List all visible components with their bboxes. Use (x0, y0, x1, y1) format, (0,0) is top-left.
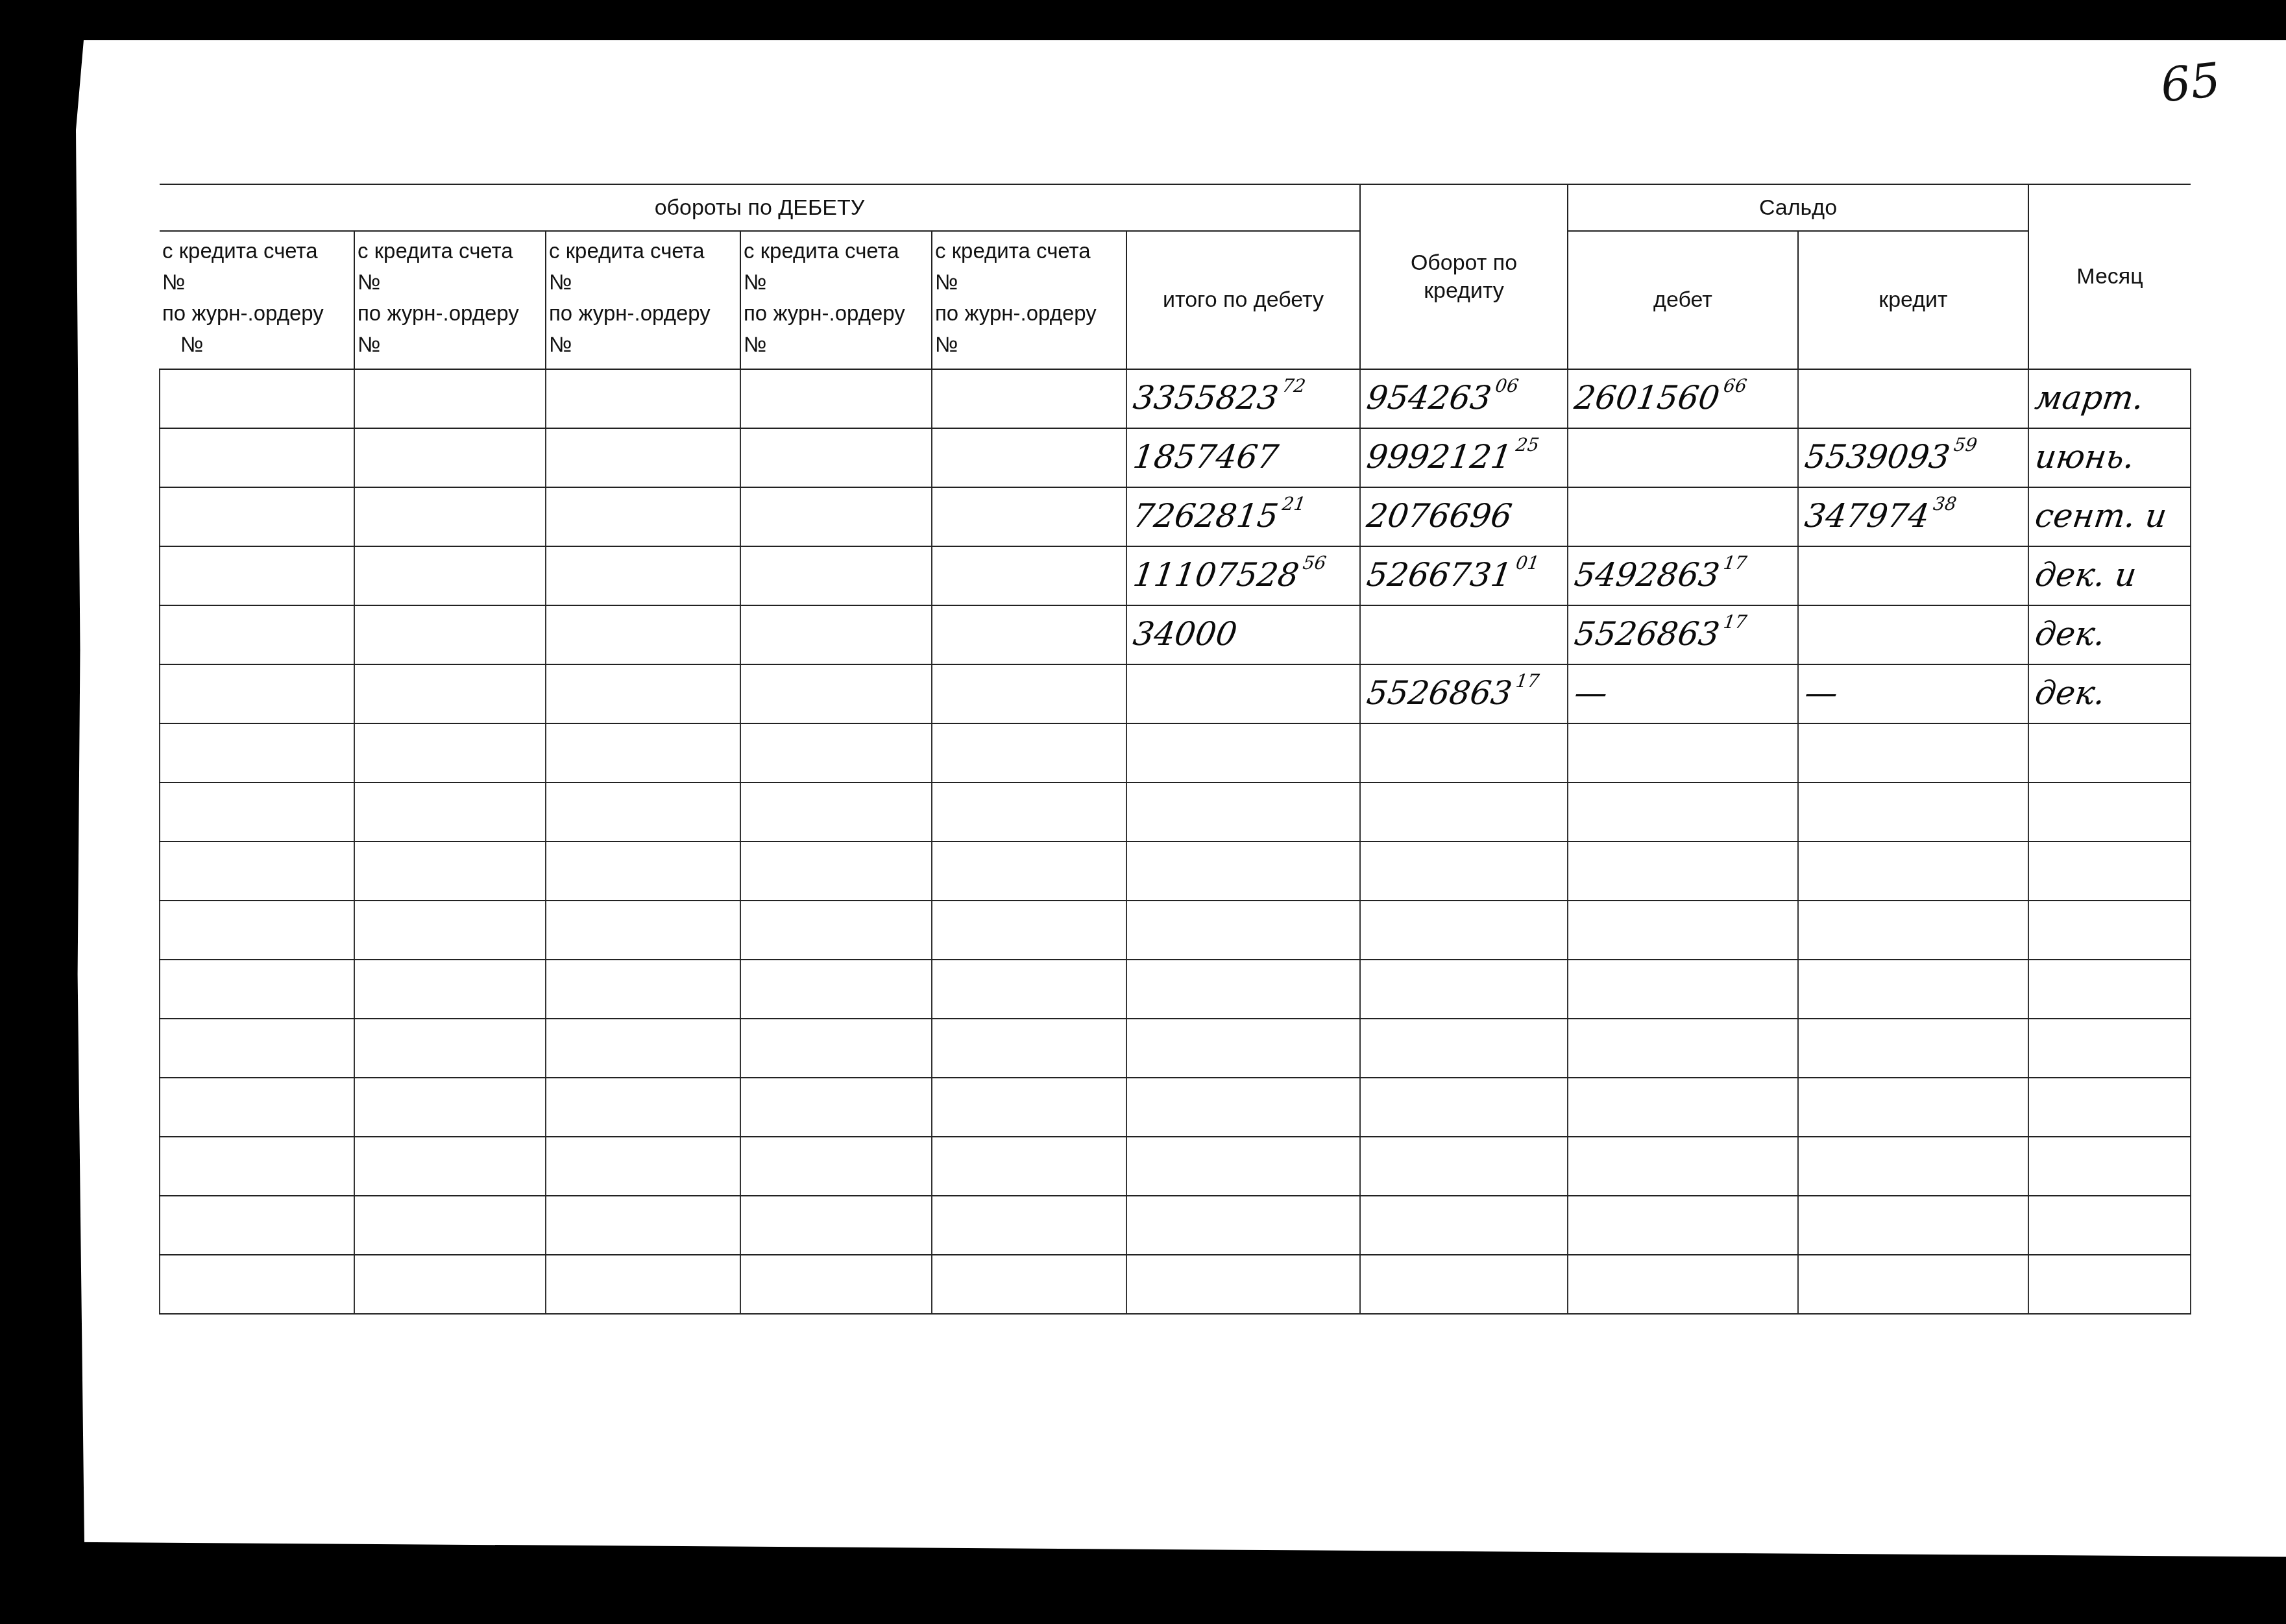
credit-account-cell-2 (354, 723, 546, 782)
table-row (160, 1196, 2191, 1255)
balance-debit-kop-value (1577, 1202, 1581, 1223)
credit-turnover-kop-value (1370, 611, 1373, 633)
credit-turnover-cell: 526673101 (1360, 546, 1568, 605)
balance-credit-cell: 553909359 (1798, 428, 2028, 487)
table-row (160, 1137, 2191, 1196)
credit-account-cell-4 (740, 369, 932, 428)
month-cell (2028, 782, 2191, 842)
balance-debit-value (1572, 851, 1577, 889)
balance-credit-kop-value (1808, 1202, 1811, 1223)
credit-account-cell-1 (160, 1078, 354, 1137)
balance-debit-cell (1568, 842, 1798, 901)
credit-account-cell-3 (546, 960, 740, 1019)
balance-credit-kop-value (1808, 906, 1811, 928)
credit-turnover-kop-value (1370, 965, 1373, 987)
balance-credit-value (1803, 1028, 1808, 1066)
total-debit-cell (1126, 1255, 1360, 1314)
total-debit-value (1131, 910, 1136, 948)
credit-turnover-value (1365, 1087, 1370, 1125)
total-debit-value (1131, 851, 1136, 889)
total-debit-kop-value (1136, 1143, 1139, 1164)
balance-debit-kop-value (1577, 434, 1581, 455)
month-value: дек. и (2033, 556, 2139, 594)
balance-credit-value (1803, 556, 1808, 594)
balance-credit-kop-value (1808, 847, 1811, 869)
balance-debit-cell: 260156066 (1568, 369, 1798, 428)
credit-account-cell-4 (740, 782, 932, 842)
credit-account-cell-5 (932, 546, 1126, 605)
balance-debit-value (1572, 733, 1577, 771)
month-cell: июнь. (2028, 428, 2191, 487)
credit-turnover-cell (1360, 1019, 1568, 1078)
total-debit-cell (1126, 664, 1360, 723)
balance-credit-cell (1798, 1196, 2028, 1255)
total-debit-value (1131, 1028, 1136, 1066)
balance-credit-value (1803, 733, 1808, 771)
balance-debit-value (1572, 1265, 1577, 1302)
credit-account-cell-3 (546, 901, 740, 960)
balance-credit-kop-value (1808, 729, 1811, 751)
balance-debit-kop-value (1577, 1143, 1581, 1164)
credit-account-cell-3 (546, 842, 740, 901)
credit-account-cell-2 (354, 1019, 546, 1078)
credit-account-cell-1 (160, 960, 354, 1019)
balance-debit-value (1572, 438, 1577, 476)
total-debit-kop-value (1136, 1084, 1139, 1105)
balance-debit-cell (1568, 723, 1798, 782)
total-debit-cell (1126, 1137, 1360, 1196)
total-debit-kop-value (1136, 847, 1139, 869)
month-value: дек. (2033, 674, 2108, 712)
balance-debit-cell: 549286317 (1568, 546, 1798, 605)
month-cell: март. (2028, 369, 2191, 428)
credit-account-cell-4 (740, 1078, 932, 1137)
credit-turnover-cell: 2076696 (1360, 487, 1568, 546)
credit-account-header-1: с кредита счета№по журн-.ордеру№ (160, 231, 354, 369)
balance-credit-cell (1798, 901, 2028, 960)
total-debit-kop-value (1136, 788, 1139, 810)
credit-account-cell-5 (932, 960, 1126, 1019)
balance-debit-cell (1568, 1255, 1798, 1314)
balance-credit-value: — (1803, 674, 1840, 712)
credit-turnover-kop-value (1370, 729, 1373, 751)
balance-credit-cell (1798, 842, 2028, 901)
credit-account-cell-2 (354, 487, 546, 546)
credit-turnover-kop-value (1370, 906, 1373, 928)
month-value: дек. (2033, 615, 2108, 653)
balance-credit-cell (1798, 960, 2028, 1019)
table-row (160, 960, 2191, 1019)
balance-credit-kop-value (1808, 552, 1811, 574)
total-debit-cell: 726281521 (1126, 487, 1360, 546)
credit-turnover-value (1365, 969, 1370, 1007)
balance-debit-cell (1568, 1078, 1798, 1137)
credit-account-cell-2 (354, 664, 546, 723)
credit-turnover-kop-value (1370, 1143, 1373, 1164)
total-debit-cell (1126, 1078, 1360, 1137)
month-cell (2028, 1196, 2191, 1255)
balance-debit-kop-value (1577, 965, 1581, 987)
table-row: 552686317 — — дек. (160, 664, 2191, 723)
table-row: 1110752856 526673101 549286317 дек. и (160, 546, 2191, 605)
credit-turnover-cell (1360, 1137, 1568, 1196)
total-debit-cell (1126, 1196, 1360, 1255)
credit-account-cell-3 (546, 1019, 740, 1078)
total-debit-kop-value: 72 (1281, 375, 1307, 396)
table-row (160, 723, 2191, 782)
credit-account-cell-4 (740, 1196, 932, 1255)
credit-turnover-value (1365, 792, 1370, 830)
credit-account-cell-1 (160, 782, 354, 842)
credit-account-cell-2 (354, 1078, 546, 1137)
balance-debit-cell (1568, 1196, 1798, 1255)
balance-debit-value (1572, 1028, 1577, 1066)
credit-account-cell-4 (740, 901, 932, 960)
balance-credit-value (1803, 1265, 1808, 1302)
balance-credit-value: 5539093 (1803, 438, 1952, 476)
credit-account-cell-4 (740, 1137, 932, 1196)
credit-account-cell-1 (160, 546, 354, 605)
credit-turnover-kop-value (1370, 1024, 1373, 1046)
balance-debit-kop-value (1577, 788, 1581, 810)
balance-credit-kop-value (1808, 965, 1811, 987)
credit-account-cell-5 (932, 664, 1126, 723)
balance-credit-kop-value (1808, 1143, 1811, 1164)
credit-account-cell-4 (740, 723, 932, 782)
credit-turnover-kop-value: 01 (1514, 552, 1540, 574)
total-debit-kop-value (1239, 611, 1243, 633)
table-row: 335582372 95426306 260156066 март. (160, 369, 2191, 428)
page-number: 65 (2158, 52, 2223, 112)
credit-account-cell-4 (740, 960, 932, 1019)
balance-credit-kop-value (1840, 670, 1843, 692)
credit-turnover-value (1365, 851, 1370, 889)
credit-account-cell-2 (354, 782, 546, 842)
balance-credit-value (1803, 1206, 1808, 1243)
total-debit-kop-value (1136, 1202, 1139, 1223)
credit-account-cell-1 (160, 369, 354, 428)
credit-account-cell-3 (546, 782, 740, 842)
credit-turnover-cell: 999212125 (1360, 428, 1568, 487)
total-debit-cell (1126, 1019, 1360, 1078)
total-debit-cell: 1857467 (1126, 428, 1360, 487)
credit-account-cell-1 (160, 1255, 354, 1314)
credit-account-cell-5 (932, 369, 1126, 428)
scan-border-bottom (0, 1534, 2286, 1624)
total-debit-cell: 34000 (1126, 605, 1360, 664)
credit-turnover-kop-value (1370, 1084, 1373, 1105)
balance-credit-header: кредит (1798, 231, 2028, 369)
balance-credit-cell (1798, 1255, 2028, 1314)
credit-account-cell-4 (740, 487, 932, 546)
credit-turnover-kop-value: 25 (1514, 434, 1540, 455)
balance-credit-kop-value (1808, 1084, 1811, 1105)
balance-debit-value: — (1572, 674, 1610, 712)
credit-turnover-kop-value (1370, 1261, 1373, 1282)
table-row: 1857467 999212125 553909359 июнь. (160, 428, 2191, 487)
credit-account-cell-2 (354, 369, 546, 428)
month-cell: дек. (2028, 605, 2191, 664)
balance-credit-value (1803, 851, 1808, 889)
credit-account-cell-1 (160, 428, 354, 487)
balance-debit-value (1572, 497, 1577, 535)
credit-account-cell-1 (160, 901, 354, 960)
credit-account-cell-4 (740, 842, 932, 901)
credit-account-cell-1 (160, 1137, 354, 1196)
balance-credit-value: 347974 (1803, 497, 1932, 535)
table-row (160, 842, 2191, 901)
balance-credit-kop-value: 59 (1952, 434, 1978, 455)
total-debit-cell: 335582372 (1126, 369, 1360, 428)
balance-debit-kop-value (1577, 1084, 1581, 1105)
balance-debit-cell (1568, 960, 1798, 1019)
credit-turnover-value: 5266731 (1365, 556, 1514, 594)
credit-account-cell-2 (354, 428, 546, 487)
scan-border-left (0, 0, 84, 1624)
credit-turnover-cell (1360, 782, 1568, 842)
balance-credit-cell (1798, 1019, 2028, 1078)
month-value: март. (2033, 379, 2146, 417)
scan-border-top (0, 0, 2286, 40)
balance-credit-value (1803, 1146, 1808, 1184)
balance-debit-cell: — (1568, 664, 1798, 723)
month-cell: сент. и (2028, 487, 2191, 546)
total-debit-cell (1126, 723, 1360, 782)
month-cell (2028, 960, 2191, 1019)
credit-turnover-kop-value (1370, 847, 1373, 869)
balance-credit-kop-value: 38 (1932, 493, 1958, 515)
credit-turnover-cell (1360, 605, 1568, 664)
balance-group-header: Сальдо (1568, 184, 2028, 231)
credit-account-cell-1 (160, 1196, 354, 1255)
credit-turnover-cell (1360, 1196, 1568, 1255)
credit-account-header-2: с кредита счета№по журн-.ордеру№ (354, 231, 546, 369)
credit-account-cell-3 (546, 605, 740, 664)
table-row: 34000 552686317 дек. (160, 605, 2191, 664)
credit-account-cell-5 (932, 842, 1126, 901)
month-cell: дек. (2028, 664, 2191, 723)
credit-account-cell-1 (160, 605, 354, 664)
credit-turnover-value (1365, 1265, 1370, 1302)
balance-credit-cell (1798, 723, 2028, 782)
total-debit-kop-value (1136, 1024, 1139, 1046)
credit-turnover-cell (1360, 960, 1568, 1019)
credit-turnover-cell: 552686317 (1360, 664, 1568, 723)
balance-credit-value (1803, 910, 1808, 948)
credit-turnover-value (1365, 1146, 1370, 1184)
credit-account-cell-5 (932, 782, 1126, 842)
credit-turnover-kop-value: 06 (1494, 375, 1520, 396)
balance-credit-kop-value (1808, 1024, 1811, 1046)
balance-debit-kop-value (1577, 1261, 1581, 1282)
credit-turnover-value (1365, 1206, 1370, 1243)
credit-account-cell-3 (546, 1137, 740, 1196)
total-debit-value: 3355823 (1131, 379, 1281, 417)
credit-account-cell-4 (740, 1019, 932, 1078)
credit-account-cell-5 (932, 1078, 1126, 1137)
credit-account-cell-3 (546, 1196, 740, 1255)
balance-debit-cell (1568, 901, 1798, 960)
balance-debit-kop-value: 17 (1722, 552, 1748, 574)
credit-turnover-value (1365, 615, 1370, 653)
balance-debit-value (1572, 792, 1577, 830)
credit-turnover-cell (1360, 842, 1568, 901)
total-debit-value (1131, 1146, 1136, 1184)
credit-account-cell-1 (160, 842, 354, 901)
balance-credit-kop-value (1808, 375, 1811, 396)
table-row (160, 782, 2191, 842)
total-debit-value (1131, 674, 1136, 712)
credit-account-cell-5 (932, 605, 1126, 664)
total-debit-value (1131, 733, 1136, 771)
total-debit-cell (1126, 842, 1360, 901)
table-row (160, 1255, 2191, 1314)
month-cell: дек. и (2028, 546, 2191, 605)
balance-credit-value (1803, 969, 1808, 1007)
month-header: Месяц (2028, 184, 2191, 369)
balance-debit-value: 5492863 (1572, 556, 1722, 594)
balance-debit-kop-value (1577, 729, 1581, 751)
credit-account-cell-3 (546, 428, 740, 487)
total-debit-value: 34000 (1131, 615, 1239, 653)
balance-credit-kop-value (1808, 611, 1811, 633)
credit-account-cell-2 (354, 842, 546, 901)
balance-debit-cell (1568, 428, 1798, 487)
credit-account-header-3: с кредита счета№по журн-.ордеру№ (546, 231, 740, 369)
balance-debit-value: 2601560 (1572, 379, 1722, 417)
credit-account-cell-4 (740, 1255, 932, 1314)
total-debit-kop-value (1136, 1261, 1139, 1282)
total-debit-cell (1126, 901, 1360, 960)
balance-debit-cell (1568, 1137, 1798, 1196)
balance-debit-cell (1568, 1019, 1798, 1078)
credit-account-cell-3 (546, 664, 740, 723)
credit-account-cell-5 (932, 1019, 1126, 1078)
balance-credit-value (1803, 792, 1808, 830)
credit-account-cell-3 (546, 1255, 740, 1314)
credit-account-cell-3 (546, 487, 740, 546)
total-debit-kop-value (1136, 670, 1139, 692)
credit-turnover-value (1365, 1028, 1370, 1066)
credit-account-cell-2 (354, 1137, 546, 1196)
balance-credit-cell (1798, 782, 2028, 842)
credit-turnover-kop-value (1370, 788, 1373, 810)
credit-account-cell-4 (740, 605, 932, 664)
balance-credit-value (1803, 1087, 1808, 1125)
balance-debit-value (1572, 910, 1577, 948)
credit-turnover-kop-value (1370, 1202, 1373, 1223)
credit-turnover-cell (1360, 1078, 1568, 1137)
credit-account-cell-2 (354, 605, 546, 664)
balance-debit-kop-value (1577, 906, 1581, 928)
credit-account-cell-5 (932, 1196, 1126, 1255)
credit-turnover-kop-value: 17 (1514, 670, 1540, 692)
balance-debit-value (1572, 1206, 1577, 1243)
total-debit-value: 7262815 (1131, 497, 1281, 535)
credit-turnover-value (1365, 733, 1370, 771)
credit-account-cell-5 (932, 1255, 1126, 1314)
total-debit-cell (1126, 782, 1360, 842)
total-debit-value (1131, 792, 1136, 830)
credit-account-cell-1 (160, 487, 354, 546)
month-cell (2028, 723, 2191, 782)
balance-credit-kop-value (1808, 1261, 1811, 1282)
balance-debit-kop-value (1577, 847, 1581, 869)
credit-account-cell-2 (354, 546, 546, 605)
balance-debit-value (1572, 1146, 1577, 1184)
credit-account-cell-2 (354, 901, 546, 960)
total-debit-cell: 1110752856 (1126, 546, 1360, 605)
balance-credit-cell (1798, 1078, 2028, 1137)
table-row (160, 901, 2191, 960)
credit-account-cell-2 (354, 1196, 546, 1255)
balance-credit-cell (1798, 1137, 2028, 1196)
total-debit-cell (1126, 960, 1360, 1019)
credit-account-cell-5 (932, 487, 1126, 546)
credit-turnover-kop-value (1514, 493, 1518, 515)
month-cell (2028, 1255, 2191, 1314)
balance-debit-header: дебет (1568, 231, 1798, 369)
balance-debit-value: 5526863 (1572, 615, 1722, 653)
ledger-table: обороты по ДЕБЕТУ Оборот по кредиту Саль… (159, 184, 2191, 1315)
credit-turnover-value: 5526863 (1365, 674, 1514, 712)
debit-turnover-group-header: обороты по ДЕБЕТУ (160, 184, 1360, 231)
credit-account-cell-1 (160, 1019, 354, 1078)
credit-turnover-cell (1360, 901, 1568, 960)
credit-turnover-cell (1360, 723, 1568, 782)
credit-account-cell-5 (932, 723, 1126, 782)
credit-account-cell-3 (546, 723, 740, 782)
balance-credit-cell: — (1798, 664, 2028, 723)
balance-debit-kop-value (1577, 1024, 1581, 1046)
balance-debit-cell (1568, 487, 1798, 546)
total-debit-kop-value (1136, 906, 1139, 928)
credit-account-cell-5 (932, 428, 1126, 487)
total-debit-value (1131, 1206, 1136, 1243)
month-cell (2028, 901, 2191, 960)
credit-account-cell-3 (546, 546, 740, 605)
total-debit-header: итого по дебету (1126, 231, 1360, 369)
credit-account-cell-1 (160, 723, 354, 782)
total-debit-kop-value (1281, 434, 1284, 455)
total-debit-value (1131, 1087, 1136, 1125)
credit-turnover-value: 954263 (1365, 379, 1494, 417)
month-value: сент. и (2033, 497, 2169, 535)
balance-debit-kop-value (1610, 670, 1613, 692)
balance-debit-kop-value (1577, 493, 1581, 515)
credit-account-cell-4 (740, 546, 932, 605)
total-debit-value (1131, 1265, 1136, 1302)
balance-credit-value (1803, 615, 1808, 653)
credit-account-cell-3 (546, 369, 740, 428)
credit-account-header-4: с кредита счета№по журн-.ордеру№ (740, 231, 932, 369)
total-debit-kop-value (1136, 729, 1139, 751)
table-row (160, 1078, 2191, 1137)
credit-turnover-value: 2076696 (1365, 497, 1514, 535)
total-debit-kop-value (1136, 965, 1139, 987)
credit-account-cell-3 (546, 1078, 740, 1137)
credit-turnover-value: 9992121 (1365, 438, 1514, 476)
balance-debit-kop-value: 66 (1722, 375, 1748, 396)
month-cell (2028, 1137, 2191, 1196)
credit-account-cell-5 (932, 1137, 1126, 1196)
credit-account-cell-2 (354, 960, 546, 1019)
balance-debit-kop-value: 17 (1722, 611, 1748, 633)
credit-account-cell-1 (160, 664, 354, 723)
credit-turnover-header: Оборот по кредиту (1360, 184, 1568, 369)
total-debit-value (1131, 969, 1136, 1007)
month-cell (2028, 1078, 2191, 1137)
